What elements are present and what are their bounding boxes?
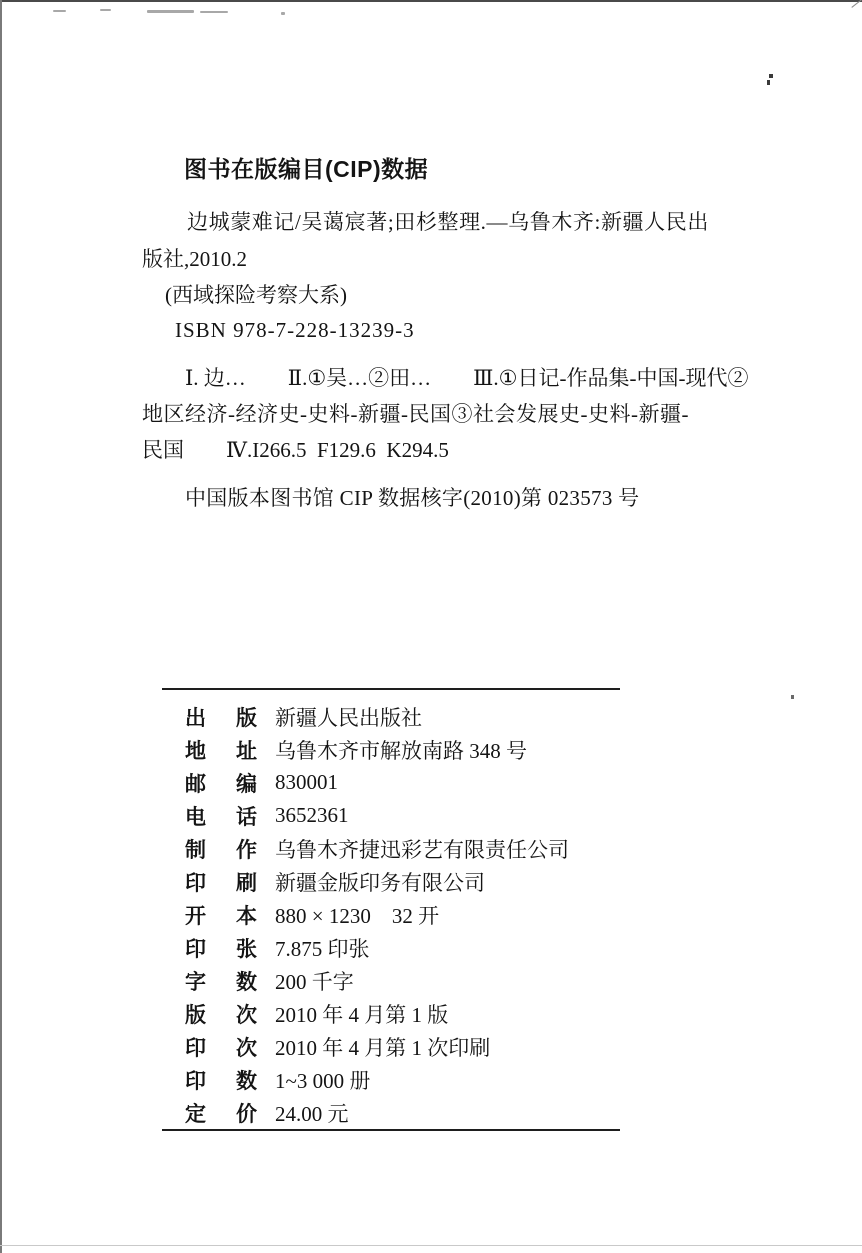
colophon-row: 版次 2010 年 4 月第 1 版 [185,997,655,1030]
colophon-row: 开本 880 × 1230 32 开 [185,898,655,931]
ink-speck [769,74,773,78]
colophon-value: 830001 [275,770,338,795]
colophon-row: 邮编 830001 [185,766,655,799]
colophon-label: 印次 [185,1032,257,1062]
isbn-line: ISBN 978-7-228-13239-3 [175,316,415,344]
colophon-value: 新疆人民出版社 [275,702,422,732]
cip-description-line: 版社,2010.2 [142,245,247,273]
scan-smudge [100,9,111,11]
colophon-value: 3652361 [275,803,349,828]
ink-speck [767,80,770,85]
scan-edge-left [0,0,2,1253]
colophon-row: 印次 2010 年 4 月第 1 次印刷 [185,1030,655,1063]
colophon-label: 邮编 [185,768,257,798]
classification-line: 地区经济-经济史-史料-新疆-民国③社会发展史-史料-新疆- [142,400,689,428]
scan-smudge [281,12,285,15]
colophon-value: 880 × 1230 32 开 [275,900,439,930]
colophon-label: 地址 [185,735,257,765]
colophon-label: 开本 [185,900,257,930]
colophon-value: 乌鲁木齐市解放南路 348 号 [275,735,527,765]
colophon-value: 200 千字 [275,966,354,996]
colophon-row: 字数 200 千字 [185,964,655,997]
colophon-label: 出版 [185,702,257,732]
colophon-value: 2010 年 4 月第 1 次印刷 [275,1032,490,1062]
cip-description-line: 边城蒙难记/吴蔼宸著;田杉整理.—乌鲁木齐:新疆人民出 [187,208,709,236]
book-copyright-page: 图书在版编目(CIP)数据 边城蒙难记/吴蔼宸著;田杉整理.—乌鲁木齐:新疆人民… [0,0,862,1253]
colophon-label: 定价 [185,1098,257,1128]
colophon-label: 印数 [185,1065,257,1095]
scan-edge-bottom [0,1245,862,1246]
colophon-row: 制作 乌鲁木齐捷迅彩艺有限责任公司 [185,832,655,865]
colophon-value: 新疆金版印务有限公司 [275,867,485,897]
colophon-row: 电话 3652361 [185,799,655,832]
colophon-value: 7.875 印张 [275,933,370,963]
colophon-label: 电话 [185,801,257,831]
colophon-row: 地址 乌鲁木齐市解放南路 348 号 [185,733,655,766]
colophon-table: 出版 新疆人民出版社 地址 乌鲁木齐市解放南路 348 号 邮编 830001 … [185,700,655,1129]
cip-record-number: 中国版本图书馆 CIP 数据核字(2010)第 023573 号 [185,484,640,512]
colophon-label: 印张 [185,933,257,963]
colophon-bottom-rule [162,1129,620,1131]
colophon-row: 印数 1~3 000 册 [185,1063,655,1096]
colophon-row: 定价 24.00 元 [185,1096,655,1129]
colophon-label: 印刷 [185,867,257,897]
colophon-label: 版次 [185,999,257,1029]
colophon-label: 制作 [185,834,257,864]
colophon-row: 出版 新疆人民出版社 [185,700,655,733]
scan-smudge [147,10,194,13]
scan-smudge [200,11,228,13]
colophon-row: 印张 7.875 印张 [185,931,655,964]
classification-line: Ⅰ. 边… Ⅱ.①吴…②田… Ⅲ.①日记-作品集-中国-现代② [185,364,748,392]
ink-speck [791,695,794,699]
colophon-value: 24.00 元 [275,1098,349,1128]
cip-heading: 图书在版编目(CIP)数据 [184,155,428,183]
classification-line: 民国 Ⅳ.I266.5 F129.6 K294.5 [142,436,449,464]
scan-edge-top [0,0,862,2]
colophon-top-rule [162,688,620,690]
scan-smudge [53,10,66,12]
colophon-value: 乌鲁木齐捷迅彩艺有限责任公司 [275,834,569,864]
colophon-value: 1~3 000 册 [275,1065,370,1095]
series-title-line: (西域探险考察大系) [165,281,347,309]
colophon-value: 2010 年 4 月第 1 版 [275,999,448,1029]
colophon-row: 印刷 新疆金版印务有限公司 [185,865,655,898]
colophon-label: 字数 [185,966,257,996]
